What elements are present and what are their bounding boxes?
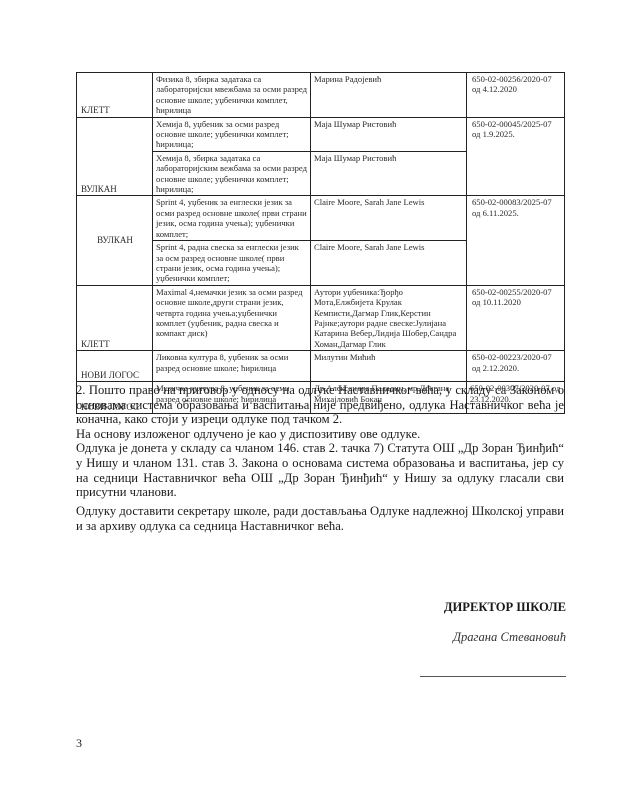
delivery-instructions: Одлуку доставити секретару школе, ради д… [76,504,564,533]
authors-cell: Милутин Мићић [311,351,467,382]
authors-cell: Марина Радојевић [311,73,467,118]
signature-name: Драгана Стевановић [400,630,566,645]
title-cell: Хемија 8, уџбеник за осми разред основне… [153,117,311,151]
table-row: НОВИ ЛОГОС Ликовна култура 8, уџбеник за… [77,351,565,382]
title-cell: Maximal 4,немачки језик за осми разред о… [153,285,311,350]
approval-cell: 650-02-00256/2020-07 од 4.12.2020 [467,73,565,118]
authors-cell: Claire Moore, Sarah Jane Lewis [311,196,467,241]
approval-cell: 650-02-00045/2025-07 од 1.9.2025. [467,117,565,196]
title-cell: Хемија 8, збирка задатака са лабораториј… [153,151,311,196]
paragraph-delivery: Одлуку доставити секретару школе, ради д… [76,504,564,533]
page-number: 3 [76,736,82,751]
approval-cell: 650-02-00255/2020-07 од 10.11.2020 [467,285,565,350]
publisher-cell: КЛЕТТ [77,73,153,118]
approval-cell: 650-02-00223/2020-07 од 2.12.2020. [467,351,565,382]
table-row: КЛЕТТ Maximal 4,немачки језик за осми ра… [77,285,565,350]
signature-line [420,676,566,677]
paragraph-legal-basis: Одлука је донета у складу са чланом 146.… [76,441,564,499]
title-cell: Sprint 4, уџбеник за енглески језик за о… [153,196,311,241]
approval-cell: 650-02-00083/2025-07 од 6.11.2025. [467,196,565,285]
table-row: ВУЛКАН Хемија 8, уџбеник за осми разред … [77,117,565,151]
signature-title: ДИРЕКТОР ШКОЛЕ [420,600,566,615]
authors-cell: Маја Шумар Ристовић [311,117,467,151]
authors-cell: Маја Шумар Ристовић [311,151,467,196]
document-page: КЛЕТТ Физика 8, збирка задатака са лабор… [0,0,640,800]
table-row: КЛЕТТ Физика 8, збирка задатака са лабор… [77,73,565,118]
publisher-cell: КЛЕТТ [77,285,153,350]
title-cell: Sprint 4, радна свеска за енглески језик… [153,241,311,286]
title-cell: Ликовна култура 8, уџбеник за осми разре… [153,351,311,382]
title-cell: Физика 8, збирка задатака са лабораториј… [153,73,311,118]
authors-cell: Аутори уџбеника:Ђорђо Мота,Елжбијета Кру… [311,285,467,350]
authors-text: Claire Moore, Sarah Jane Lewis [314,242,425,252]
authors-cell: Claire Moore, Sarah Jane Lewis [311,241,467,286]
decision-rationale: 2. Пошто право на приговор у односу на о… [76,383,564,500]
publisher-cell: ВУЛКАН [77,196,153,285]
paragraph-decided: На основу изложеног одлучено је као у ди… [76,427,564,442]
paragraph-appeal: 2. Пошто право на приговор у односу на о… [76,383,564,427]
textbook-table: КЛЕТТ Физика 8, збирка задатака са лабор… [76,72,565,414]
publisher-cell: НОВИ ЛОГОС [77,351,153,382]
table-row: ВУЛКАН Sprint 4, уџбеник за енглески јез… [77,196,565,241]
publisher-cell: ВУЛКАН [77,117,153,196]
